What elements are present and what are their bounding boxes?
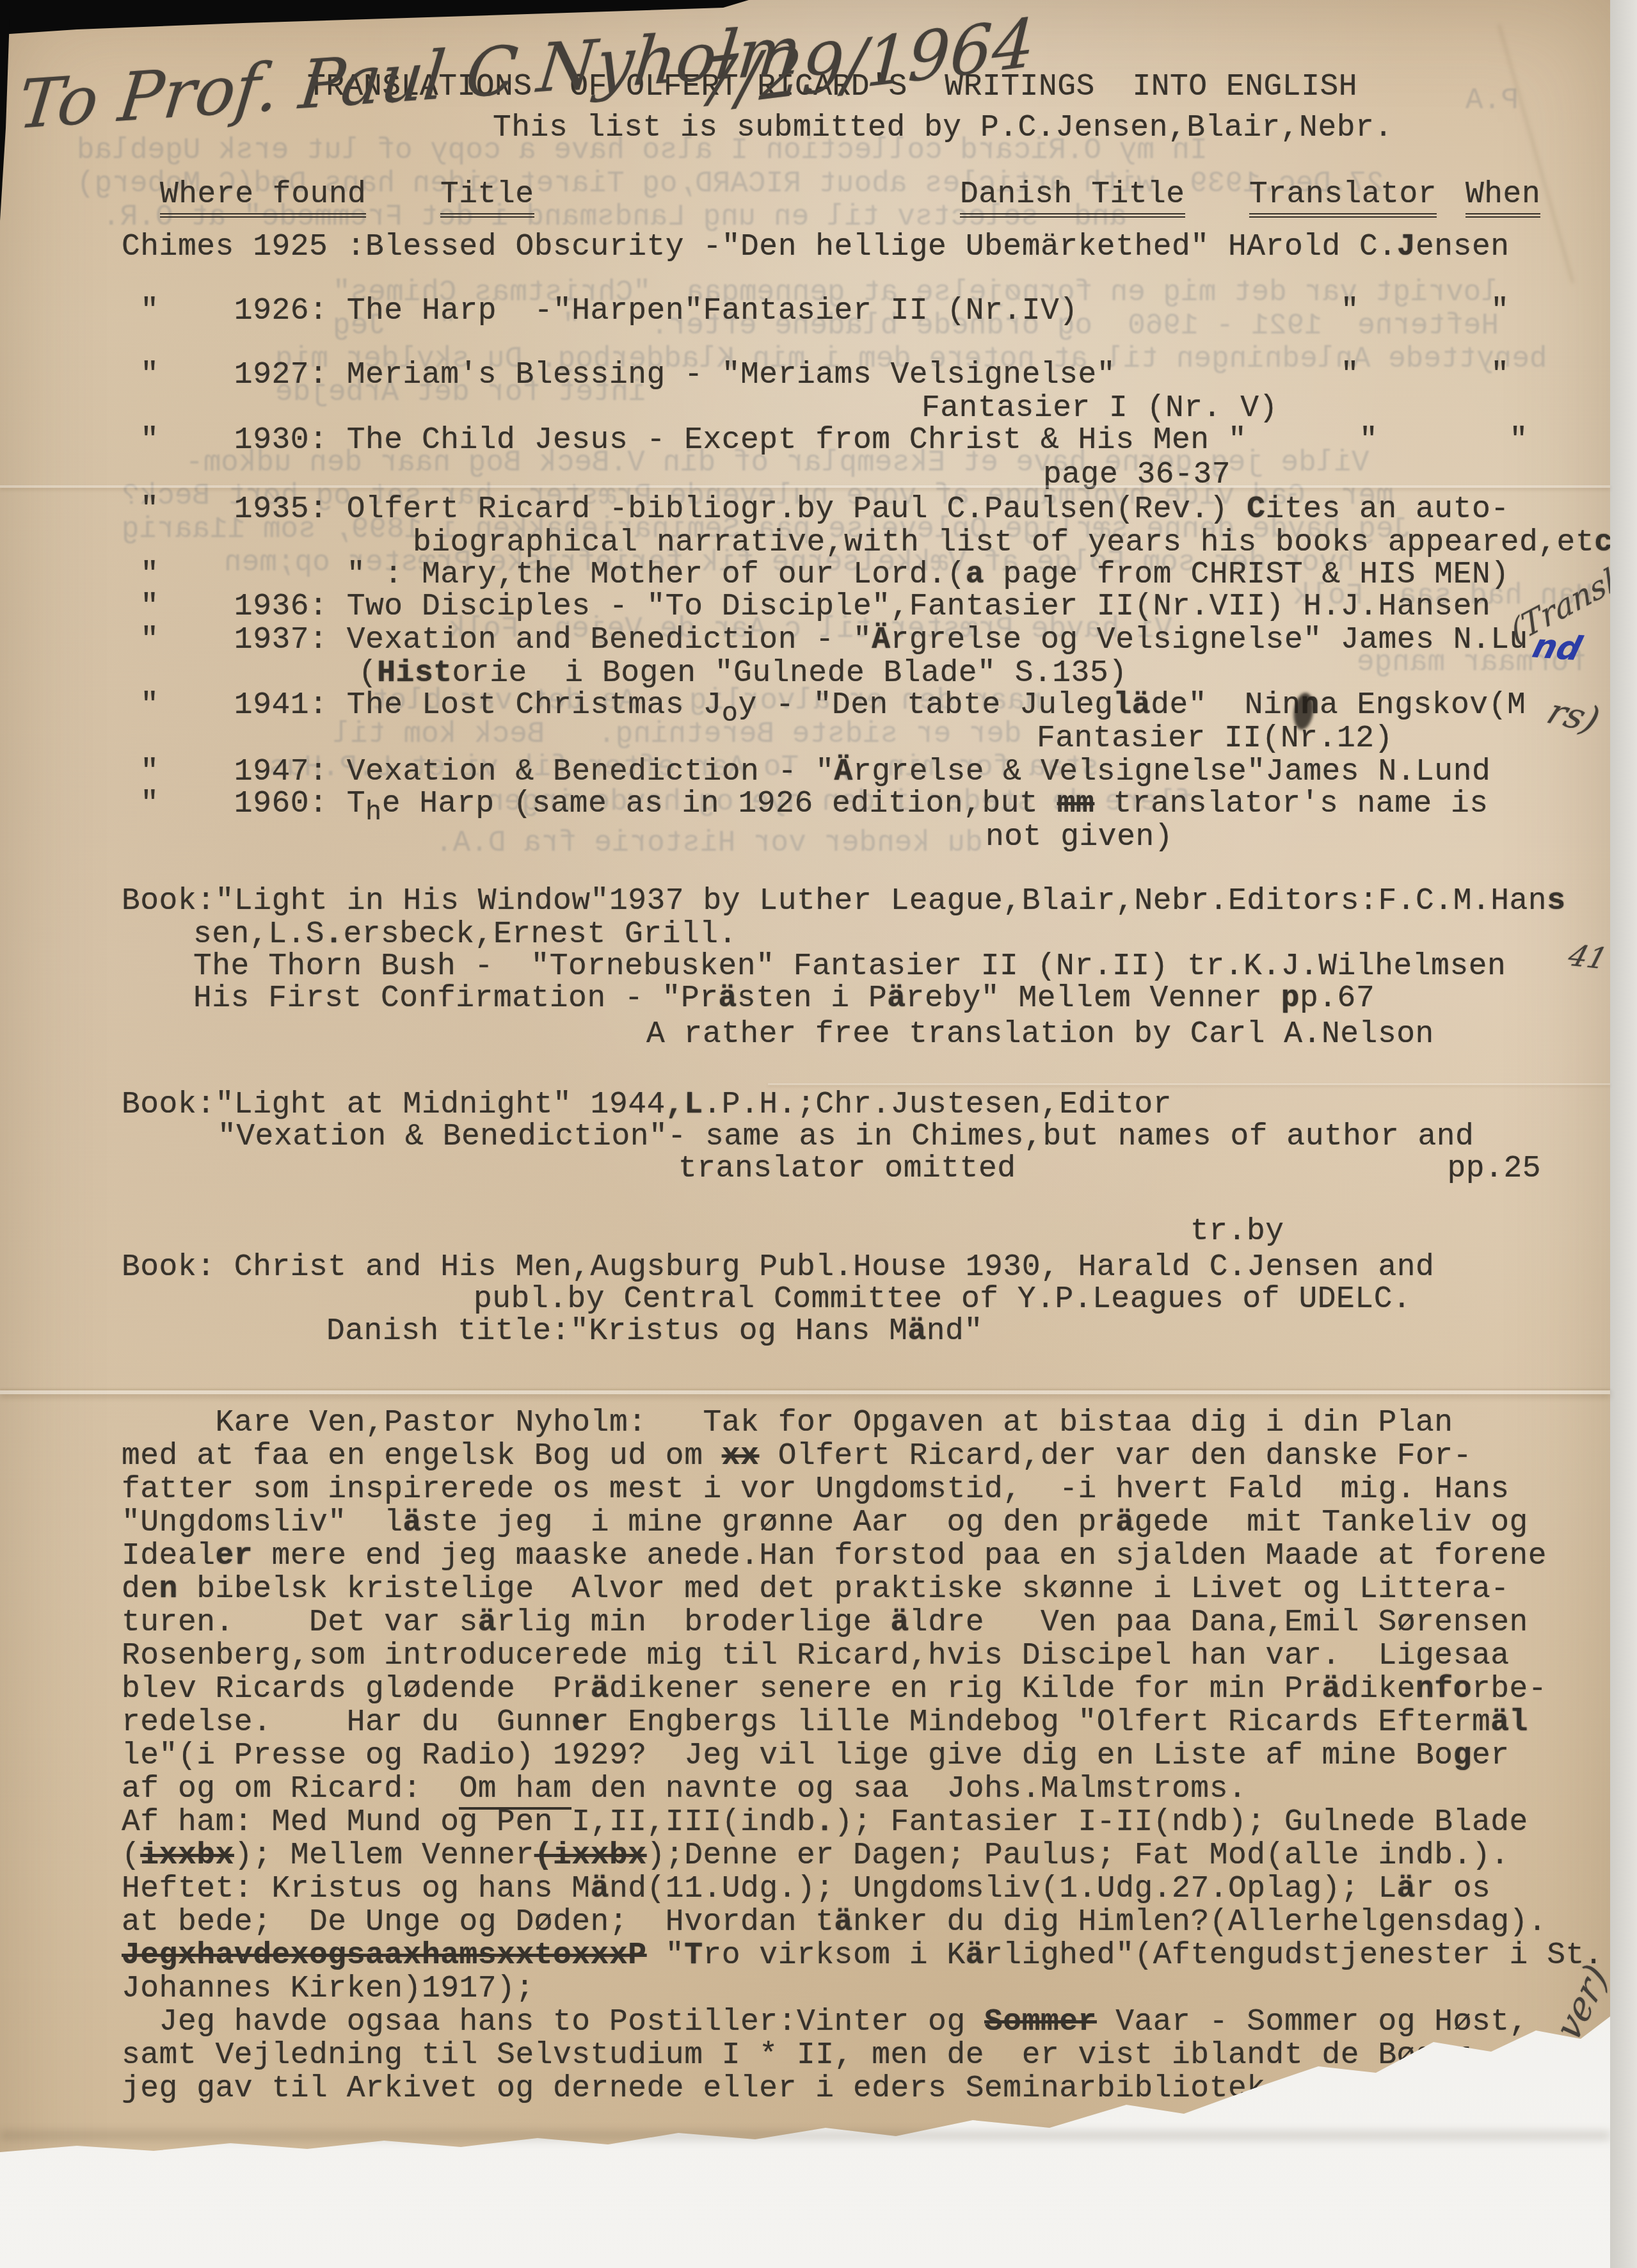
typed-line: Title: [440, 179, 534, 210]
fold-crease-1: [0, 485, 1610, 488]
bleedthrough-line: P.A: [1465, 86, 1519, 115]
handwritten-annotation: rs): [1541, 691, 1605, 741]
typed-line: af og om Ricard: Om ham den navnte og sa…: [122, 1774, 1247, 1805]
scanner-background-strip: [1610, 0, 1637, 2268]
typed-line: Heftet: Kristus og hans Mänd(11.Udg.); U…: [122, 1874, 1490, 1904]
typed-line: translator omitted pp.25: [678, 1154, 1541, 1184]
fold-crease-2: [768, 1083, 1610, 1085]
typed-line: (Historie i Bogen "Gulnede Blade" S.135): [358, 658, 1128, 689]
typed-line: publ.by Central Committee of Y.P.Leagues…: [474, 1284, 1411, 1315]
typed-line: Translator: [1249, 179, 1437, 210]
fold-crease-3: [0, 1390, 1610, 1394]
typed-line: " 1935: Olfert Ricard -bibliogr.by Paul …: [122, 494, 1510, 525]
typed-line: not given): [986, 822, 1173, 853]
typed-line: Chimes 1925 :Blessed Obscurity -"Den hel…: [122, 232, 1510, 262]
typed-line: When: [1465, 179, 1540, 210]
typed-line: blev Ricards glødende Prädikener senere …: [122, 1674, 1547, 1705]
typed-line: Danish title:"Kristus og Hans Mänd": [326, 1316, 983, 1347]
typed-line: " 1927: Meriam's Blessing - "Meriams Vel…: [122, 360, 1510, 390]
typed-line: A rather free translation by Carl A.Nels…: [646, 1019, 1434, 1050]
typed-line: Kare Ven,Pastor Nyholm: Tak for Opgaven …: [122, 1408, 1453, 1438]
typed-line: Book:"Light in His Window"1937 by Luther…: [122, 886, 1565, 917]
scanned-document: { "page": { "ink": "#37322b", "paper": "…: [0, 0, 1637, 2268]
handwritten-annotation: (over): [1531, 1956, 1617, 2082]
typed-line: "Vexation & Benediction"- same as in Chi…: [218, 1122, 1474, 1152]
typed-line: " 1930: The Child Jesus - Except from Ch…: [122, 425, 1528, 456]
typed-line: jeg gav til Arkivet og dernede eller i e…: [122, 2073, 1490, 2104]
typed-line: Rosenberg,som introducerede mig til Rica…: [122, 1641, 1510, 1671]
typed-line: Idealer mere end jeg maaske anede.Han fo…: [122, 1541, 1547, 1572]
paper-sheet: P.AIn my O.Ricard collection I also have…: [0, 0, 1610, 2268]
typed-line: med at faa en engelsk Bog ud om xx Olfer…: [122, 1441, 1472, 1472]
typed-line: " 1960: The Harp (same as in 1926 editio…: [122, 789, 1489, 819]
torn-edge-shadow: [0, 2132, 1610, 2139]
typed-line: The Thorn Bush - "Tornebusken" Fantasier…: [193, 951, 1506, 982]
bleedthrough-line: du kender vor Historie fra D.A.: [435, 828, 983, 858]
typed-line: Johannes Kirken)1917);: [122, 1974, 534, 2004]
typed-line: at bede; De Unge og Døden; Hvordan tänke…: [122, 1907, 1547, 1938]
typed-line: JegxhavdexogsaaxhamsxxtoxxxP "Tro virkso…: [122, 1940, 1603, 1971]
handwritten-annotation: 41: [1565, 938, 1611, 976]
typed-line: le"(i Presse og Radio) 1929? Jeg vil lig…: [122, 1741, 1510, 1771]
typed-line: sen,L.S.ersbeck,Ernest Grill.: [193, 919, 737, 950]
typed-line: "Ungdomsliv" läste jeg i mine grønne Aar…: [122, 1508, 1528, 1538]
typed-line: Fantasier I (Nr. V): [922, 393, 1278, 424]
typed-line: Fantasier II(Nr.12): [1037, 723, 1393, 754]
typed-line: Book: Christ and His Men,Augsburg Publ.H…: [122, 1252, 1434, 1283]
typed-line: " 1937: Vexation and Benediction - "Ärgr…: [122, 625, 1528, 655]
typed-line: redelse. Har du Gunner Engbergs lille Mi…: [122, 1707, 1528, 1738]
typed-line: " 1926: The Harp -"Harpen"Fantasier II (…: [122, 296, 1510, 326]
typed-line: This list is submitted by P.C.Jensen,Bla…: [493, 113, 1393, 143]
typed-line: fatter som inspirerede os mest i vor Ung…: [122, 1474, 1510, 1505]
handwritten-annotation: nd: [1529, 627, 1586, 668]
typed-line: Danish Title: [960, 179, 1185, 210]
typed-line: turen. Det var särlig min broderlige äld…: [122, 1607, 1528, 1638]
typed-line: biographical narrative,with list of year…: [413, 527, 1632, 558]
bleedthrough-line: der er sidste Beretning. Beck kom til: [333, 720, 1022, 749]
typed-line: Book:"Light at Midnight" 1944,L.P.H.;Chr…: [122, 1090, 1172, 1120]
typed-line: samt Vejledning til Selvstudium I * II, …: [122, 2040, 1472, 2071]
typed-line: tr.by: [1190, 1216, 1284, 1247]
typed-line: (ixxbx); Mellem Venner(ixxbx);Denne er D…: [122, 1840, 1510, 1871]
typed-line: Where found: [160, 179, 366, 210]
typed-line: " " : Mary,the Mother of our Lord.(a pag…: [122, 559, 1510, 590]
typed-line: Af ham: Med Mund og Pen I,II,III(indb.);…: [122, 1807, 1528, 1838]
typed-line: " 1947: Vexation & Benediction - "Ärgrel…: [122, 757, 1490, 787]
typed-line: Jeg havde ogsaa hans to Postiller:Vinter…: [122, 2007, 1528, 2038]
typed-line: den bibelsk kristelige Alvor med det pra…: [122, 1574, 1510, 1605]
typed-line: His First Confirmation - "Prästen i Päre…: [193, 983, 1375, 1014]
typed-line: " 1941: The Lost Christmas Joy - "Den ta…: [122, 690, 1526, 721]
typed-line: " 1936: Two Disciples - "To Disciple",Fa…: [122, 591, 1490, 622]
